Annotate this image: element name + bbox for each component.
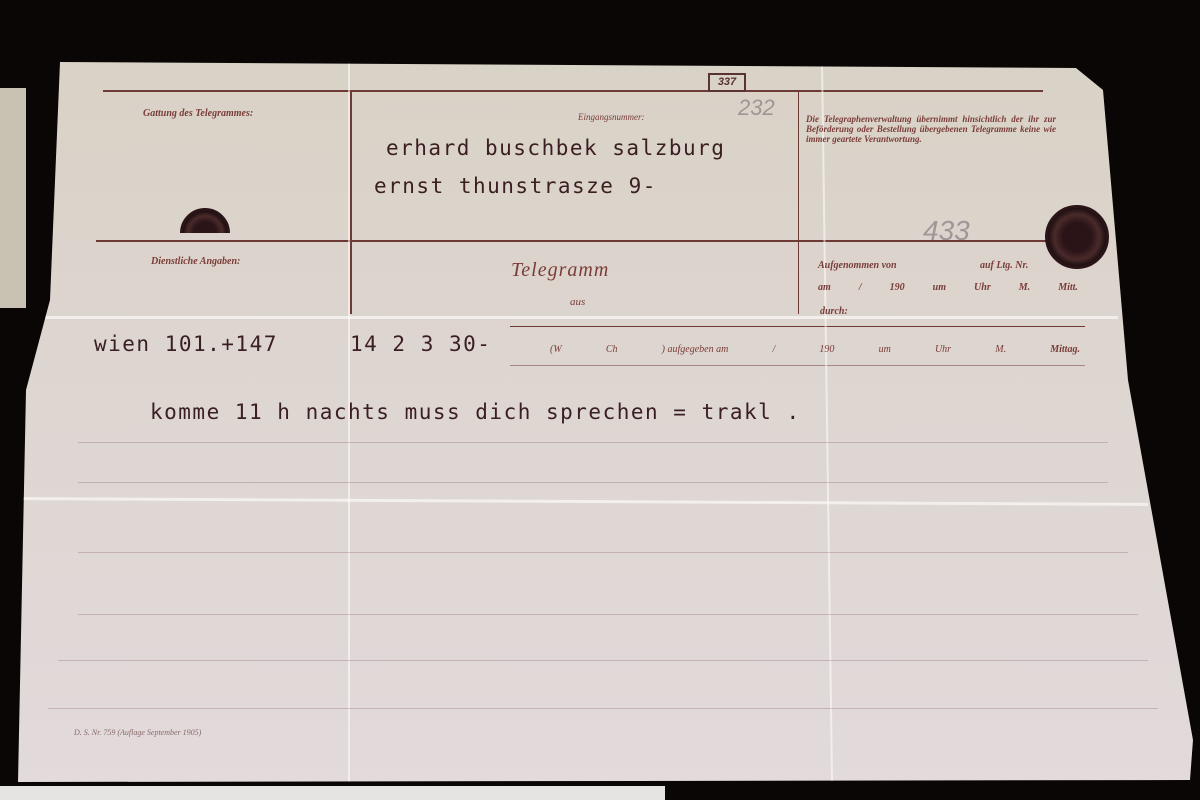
- message-rule: [78, 482, 1108, 483]
- origin-field: 190: [819, 344, 834, 355]
- seal-stamp-right: [1045, 205, 1109, 269]
- message-rule: [78, 614, 1138, 615]
- background-paper-scrap-bottom: [0, 786, 665, 800]
- origin-field: ) aufgegeben am: [662, 344, 729, 355]
- origin-rule-bottom: [510, 365, 1085, 366]
- origin-field: um: [879, 344, 891, 355]
- type-of-telegram-label: Gattung des Telegrammes:: [143, 108, 253, 119]
- origin-printed-fields: (W Ch ) aufgegeben am / 190 um Uhr M. Mi…: [550, 344, 1080, 355]
- received-field: Mitt.: [1058, 282, 1078, 293]
- background-paper-scrap-left: [0, 88, 26, 308]
- origin-office: wien 101.+147: [94, 332, 278, 356]
- message-rule: [58, 660, 1148, 661]
- received-field: M.: [1019, 282, 1030, 293]
- origin-field: Ch: [606, 344, 618, 355]
- origin-field: /: [772, 344, 775, 355]
- pencil-incoming-number: 232: [738, 95, 775, 121]
- telegram-title: Telegramm: [511, 259, 609, 282]
- origin-field: M.: [995, 344, 1006, 355]
- addressee-line-2: ernst thunstrasze 9-: [374, 174, 657, 198]
- line-number-label: auf Ltg. Nr.: [980, 260, 1028, 271]
- column-divider-2: [798, 92, 799, 314]
- addressee-line-1: erhard buschbek salzburg: [386, 136, 725, 160]
- telegram-message: komme 11 h nachts muss dich sprechen = t…: [150, 400, 801, 424]
- received-field: 190: [890, 282, 905, 293]
- received-field: Uhr: [974, 282, 991, 293]
- message-rule: [78, 552, 1128, 553]
- telegram-title-sub: aus: [570, 296, 585, 308]
- pencil-right-margin-number: 433: [923, 215, 970, 247]
- middle-rule: [96, 240, 1048, 242]
- incoming-number-label: Eingangsnummer:: [578, 112, 645, 122]
- fold-horizontal-middle: [18, 497, 1148, 506]
- origin-field: Uhr: [935, 344, 951, 355]
- received-field: um: [933, 282, 946, 293]
- origin-date-time: 14 2 3 30-: [350, 332, 491, 356]
- received-field: /: [859, 282, 862, 293]
- received-through-label: durch:: [820, 306, 848, 317]
- fold-horizontal-upper: [18, 316, 1118, 319]
- column-divider-1: [350, 90, 352, 314]
- official-notes-label: Dienstliche Angaben:: [151, 256, 240, 267]
- origin-rule: [510, 326, 1085, 327]
- fold-vertical-right: [821, 60, 833, 782]
- received-field: am: [818, 282, 831, 293]
- liability-notice: Die Telegraphenverwaltung übernimmt hins…: [806, 114, 1056, 144]
- form-print-note: D. S. Nr. 759 (Auflage September 1905): [74, 728, 201, 737]
- message-rule: [78, 442, 1108, 443]
- telegram-sheet: Gattung des Telegrammes: Eingangsnummer:…: [18, 60, 1193, 782]
- received-by-label: Aufgenommen von: [818, 260, 897, 271]
- origin-field: (W: [550, 344, 562, 355]
- form-number-box: 337: [708, 73, 746, 92]
- received-date-time-fields: am / 190 um Uhr M. Mitt.: [818, 282, 1078, 293]
- origin-field: Mittag.: [1050, 344, 1080, 355]
- message-rule: [48, 708, 1158, 709]
- top-rule: [103, 90, 1043, 92]
